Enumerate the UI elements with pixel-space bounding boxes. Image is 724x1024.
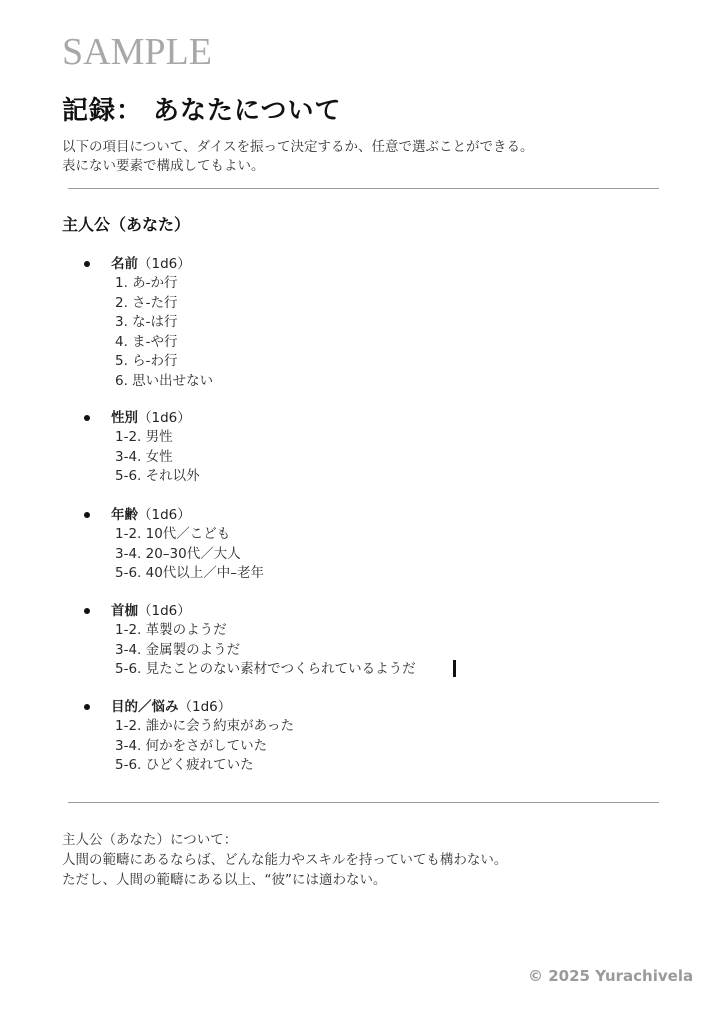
list-item: 5-6. ひどく疲れていた <box>84 756 294 776</box>
list-group-name: 名前（1d6） 1. あ-か行 2. さ-た行 3. な-は行 4. ま-や行 … <box>84 254 213 391</box>
notes: 主人公（あなた）について： 人間の範疇にあるならば、どんな能力やスキルを持ってい… <box>62 830 507 890</box>
list-item: 3. な-は行 <box>84 313 213 333</box>
notes-line: 人間の範疇にあるならば、どんな能力やスキルを持っていても構わない。 <box>62 850 507 870</box>
list-item: 3-4. 20–30代／大人 <box>84 545 264 565</box>
bullet-icon <box>84 704 90 710</box>
list-item: 2. さ-た行 <box>84 294 213 314</box>
notes-line: ただし、人間の範疇にある以上、“彼”には適わない。 <box>62 870 507 890</box>
bullet-icon <box>84 261 90 267</box>
group-label: 名前（1d6） <box>111 254 191 274</box>
dice-label: （1d6） <box>138 507 191 523</box>
list-item: 1-2. 革製のようだ <box>84 621 416 641</box>
list-item: 3-4. 金属製のようだ <box>84 641 416 661</box>
list-item: 1-2. 10代／こども <box>84 525 264 545</box>
bullet-icon <box>84 512 90 518</box>
notes-line: 主人公（あなた）について： <box>62 830 507 850</box>
list-item: 6. 思い出せない <box>84 372 213 392</box>
group-label: 目的／悩み（1d6） <box>111 697 231 717</box>
group-label: 首枷（1d6） <box>111 601 191 621</box>
group-heading: 首枷（1d6） <box>84 601 416 621</box>
intro-line: 表にない要素で構成してもよい。 <box>62 157 534 176</box>
divider-bottom <box>68 802 659 803</box>
intro-text: 以下の項目について、ダイスを振って決定するか、任意で選ぶことができる。 表にない… <box>62 138 534 176</box>
copyright-footer: © 2025 Yurachivela <box>528 967 693 985</box>
bullet-icon <box>84 415 90 421</box>
group-label: 年齢（1d6） <box>111 505 191 525</box>
intro-line: 以下の項目について、ダイスを振って決定するか、任意で選ぶことができる。 <box>62 138 534 157</box>
list-item: 5. ら-わ行 <box>84 352 213 372</box>
dice-label: （1d6） <box>138 410 191 426</box>
dice-label: （1d6） <box>138 603 191 619</box>
page-title: 記録： あなたについて <box>62 94 342 128</box>
group-heading: 年齢（1d6） <box>84 505 264 525</box>
list-item: 5-6. 見たことのない素材でつくられているようだ <box>84 660 416 680</box>
list-item: 3-4. 女性 <box>84 448 200 468</box>
list-item: 5-6. それ以外 <box>84 467 200 487</box>
list-item: 3-4. 何かをさがしていた <box>84 737 294 757</box>
dice-label: （1d6） <box>138 256 191 272</box>
section-title: 主人公（あなた） <box>62 213 190 237</box>
list-item: 1. あ-か行 <box>84 274 213 294</box>
bullet-icon <box>84 608 90 614</box>
sample-watermark: SAMPLE <box>62 30 212 74</box>
list-item: 1-2. 誰かに会う約束があった <box>84 717 294 737</box>
list-group-age: 年齢（1d6） 1-2. 10代／こども 3-4. 20–30代／大人 5-6.… <box>84 505 264 584</box>
text-cursor <box>453 660 456 677</box>
list-item: 5-6. 40代以上／中–老年 <box>84 564 264 584</box>
dice-label: （1d6） <box>179 699 232 715</box>
group-label: 性別（1d6） <box>111 408 191 428</box>
list-item: 1-2. 男性 <box>84 428 200 448</box>
list-group-purpose: 目的／悩み（1d6） 1-2. 誰かに会う約束があった 3-4. 何かをさがして… <box>84 697 294 776</box>
divider-top <box>68 188 659 189</box>
group-heading: 性別（1d6） <box>84 408 200 428</box>
list-item: 4. ま-や行 <box>84 333 213 353</box>
group-heading: 名前（1d6） <box>84 254 213 274</box>
group-heading: 目的／悩み（1d6） <box>84 697 294 717</box>
list-group-collar: 首枷（1d6） 1-2. 革製のようだ 3-4. 金属製のようだ 5-6. 見た… <box>84 601 416 680</box>
list-group-gender: 性別（1d6） 1-2. 男性 3-4. 女性 5-6. それ以外 <box>84 408 200 487</box>
